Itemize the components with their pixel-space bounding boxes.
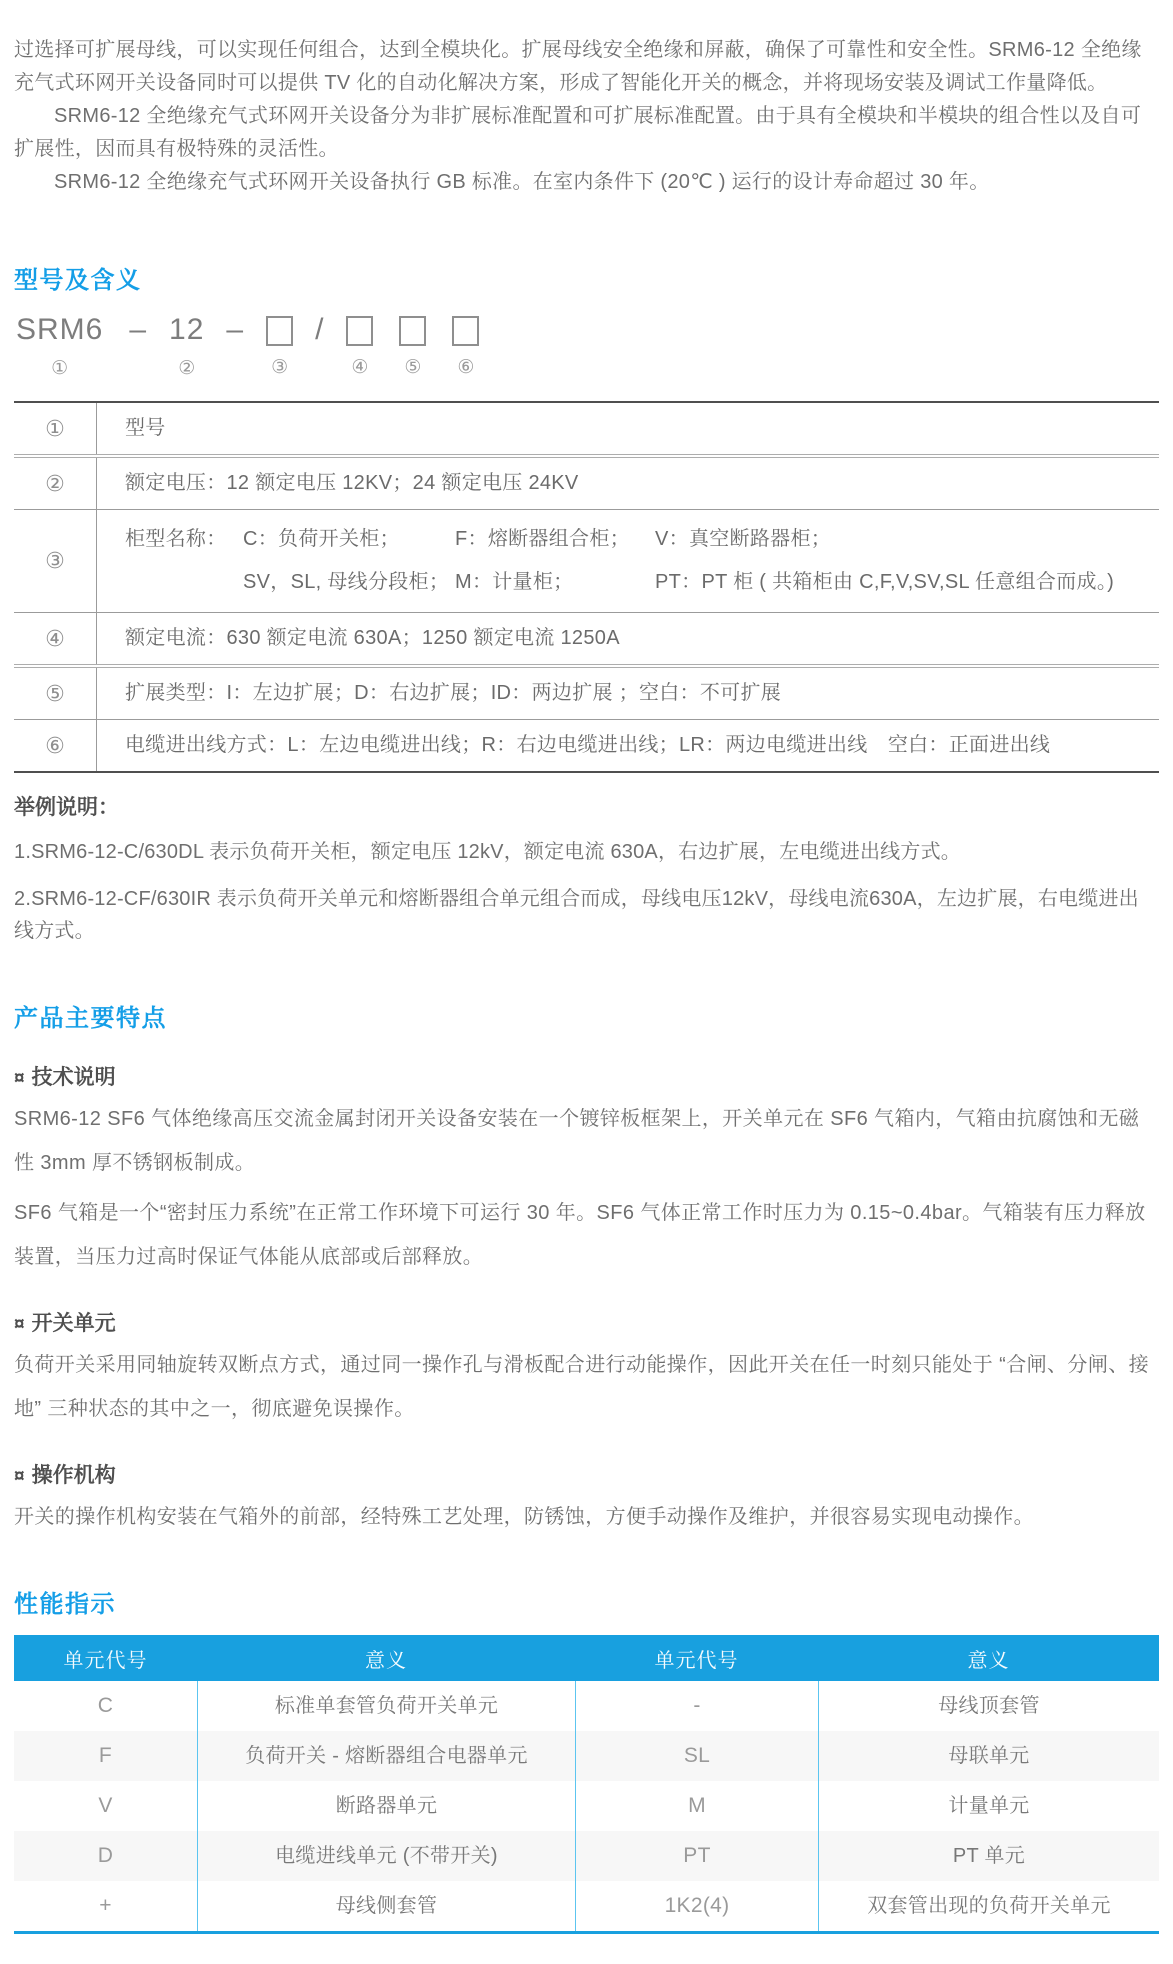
callout-number: ① xyxy=(51,357,68,381)
column-header: 意义 xyxy=(197,1644,575,1673)
cabinet-item: F：熔断器组合柜； xyxy=(455,526,655,553)
spec-row-text: 额定电压：12 额定电压 12KV；24 额定电压 24KV xyxy=(97,458,1159,509)
spec-row-6: ⑥ 电缆进出线方式：L：左边电缆进出线；R：右边电缆进出线；LR：两边电缆进出线… xyxy=(14,720,1159,771)
meaning-cell: 标准单套管负荷开关单元 xyxy=(197,1681,575,1731)
callout-number: ⑥ xyxy=(457,356,474,380)
model-text: / xyxy=(315,313,324,347)
table-row: V 断路器单元 M 计量单元 xyxy=(14,1781,1159,1831)
model-segment-box: ⑤ xyxy=(399,313,426,380)
unit-code-cell: C xyxy=(14,1681,197,1731)
spec-row-1: ① 型号 xyxy=(14,403,1159,458)
model-text: 12 xyxy=(169,313,204,347)
model-designation: SRM6 ① – 12 ② – ③ / ④ ⑤ xyxy=(16,313,1159,381)
model-section-title: 型号及含义 xyxy=(14,267,1159,295)
meaning-cell: 母联单元 xyxy=(818,1731,1159,1781)
example-item: 1.SRM6-12-C/630DL 表示负荷开关柜，额定电压 12kV，额定电流… xyxy=(14,836,1159,868)
feature-heading-tech: ¤ 技术说明 xyxy=(14,1061,1159,1091)
placeholder-box xyxy=(266,316,293,346)
spec-row-number: ⑤ xyxy=(14,668,97,719)
unit-code-cell: V xyxy=(14,1781,197,1831)
intro-paragraph: SRM6-12 全绝缘充气式环网开关设备分为非扩展标准配置和可扩展标准配置。由于… xyxy=(14,100,1159,166)
meaning-cell: PT 单元 xyxy=(818,1831,1159,1881)
model-segment-voltage: 12 ② xyxy=(169,313,204,381)
bullet-icon: ¤ xyxy=(14,1068,25,1090)
model-segment-slash: / xyxy=(315,313,324,381)
model-segment-prefix: SRM6 ① xyxy=(16,313,103,381)
meaning-cell: 双套管出现的负荷开关单元 xyxy=(818,1881,1159,1931)
bullet-icon: ¤ xyxy=(14,1314,25,1336)
placeholder-box xyxy=(346,316,373,346)
examples-section: 举例说明： 1.SRM6-12-C/630DL 表示负荷开关柜，额定电压 12k… xyxy=(14,795,1159,947)
feature-paragraph: 负荷开关采用同轴旋转双断点方式，通过同一操作孔与滑板配合进行动能操作，因此开关在… xyxy=(14,1343,1159,1431)
spec-row-5: ⑤ 扩展类型：I：左边扩展；D：右边扩展；ID：两边扩展 ；空白：不可扩展 xyxy=(14,668,1159,720)
unit-code-cell: F xyxy=(14,1731,197,1781)
meaning-cell: 计量单元 xyxy=(818,1781,1159,1831)
model-segment-box: ④ xyxy=(346,313,373,380)
unit-code-cell: - xyxy=(575,1681,818,1731)
feature-heading-label: 开关单元 xyxy=(32,1307,116,1337)
spec-row-text: 扩展类型：I：左边扩展；D：右边扩展；ID：两边扩展 ；空白：不可扩展 xyxy=(97,668,1159,719)
unit-code-cell: 1K2(4) xyxy=(575,1881,818,1931)
feature-paragraph: SRM6-12 SF6 气体绝缘高压交流金属封闭开关设备安装在一个镀锌板框架上，… xyxy=(14,1097,1159,1185)
feature-paragraph: 开关的操作机构安装在气箱外的前部，经特殊工艺处理，防锈蚀，方便手动操作及维护，并… xyxy=(14,1495,1159,1539)
table-row: D 电缆进线单元 (不带开关) PT PT 单元 xyxy=(14,1831,1159,1881)
meaning-cell: 断路器单元 xyxy=(197,1781,575,1831)
table-row: + 母线侧套管 1K2(4) 双套管出现的负荷开关单元 xyxy=(14,1881,1159,1931)
spec-row-text: 电缆进出线方式：L：左边电缆进出线；R：右边电缆进出线；LR：两边电缆进出线 空… xyxy=(97,720,1159,771)
table-header-row: 单元代号 意义 单元代号 意义 xyxy=(14,1635,1159,1681)
model-segment-dash: – xyxy=(129,313,147,381)
performance-section-title: 性能指示 xyxy=(14,1591,1159,1619)
spec-row-number: ③ xyxy=(14,510,97,612)
cabinet-item: V：真空断路器柜； xyxy=(655,526,1149,553)
callout-number: ④ xyxy=(351,356,368,380)
model-text: SRM6 xyxy=(16,313,103,347)
catalog-page: 过选择可扩展母线，可以实现任何组合，达到全模块化。扩展母线安全绝缘和屏蔽，确保了… xyxy=(0,0,1173,1964)
features-section: ¤ 技术说明 SRM6-12 SF6 气体绝缘高压交流金属封闭开关设备安装在一个… xyxy=(14,1061,1159,1539)
unit-code-cell: PT xyxy=(575,1831,818,1881)
model-text: – xyxy=(129,313,147,347)
column-header: 单元代号 xyxy=(14,1644,197,1673)
spec-row-number: ② xyxy=(14,458,97,509)
feature-heading-switch: ¤ 开关单元 xyxy=(14,1307,1159,1337)
cabinet-label: 柜型名称： xyxy=(125,526,243,553)
intro-paragraph: SRM6-12 全绝缘充气式环网开关设备执行 GB 标准。在室内条件下 (20℃… xyxy=(14,166,1159,199)
table-row: F 负荷开关 - 熔断器组合电器单元 SL 母联单元 xyxy=(14,1731,1159,1781)
placeholder-box xyxy=(399,316,426,346)
unit-code-table: 单元代号 意义 单元代号 意义 C 标准单套管负荷开关单元 - 母线顶套管 F … xyxy=(14,1635,1159,1934)
meaning-cell: 负荷开关 - 熔断器组合电器单元 xyxy=(197,1731,575,1781)
intro-section: 过选择可扩展母线，可以实现任何组合，达到全模块化。扩展母线安全绝缘和屏蔽，确保了… xyxy=(14,34,1159,199)
unit-code-cell: D xyxy=(14,1831,197,1881)
cabinet-item: PT：PT 柜 ( 共箱柜由 C,F,V,SV,SL 任意组合而成。) xyxy=(655,569,1149,596)
callout-number: ⑤ xyxy=(404,356,421,380)
spec-row-number: ⑥ xyxy=(14,720,97,771)
table-row: C 标准单套管负荷开关单元 - 母线顶套管 xyxy=(14,1681,1159,1731)
bullet-icon: ¤ xyxy=(14,1466,25,1488)
unit-code-cell: + xyxy=(14,1881,197,1931)
spec-row-text: 额定电流：630 额定电流 630A；1250 额定电流 1250A xyxy=(97,613,1159,664)
model-segment-box: ⑥ xyxy=(452,313,479,380)
cabinet-item: SV，SL, 母线分段柜； xyxy=(243,569,455,596)
model-spec-table: ① 型号 ② 额定电压：12 额定电压 12KV；24 额定电压 24KV ③ … xyxy=(14,401,1159,773)
column-header: 单元代号 xyxy=(575,1644,818,1673)
meaning-cell: 母线顶套管 xyxy=(818,1681,1159,1731)
cabinet-item: M：计量柜； xyxy=(455,569,655,596)
callout-number: ③ xyxy=(271,356,288,380)
meaning-cell: 电缆进线单元 (不带开关) xyxy=(197,1831,575,1881)
spec-row-3: ③ 柜型名称： C：负荷开关柜； F：熔断器组合柜； V：真空断路器柜； SV，… xyxy=(14,510,1159,613)
model-text: – xyxy=(226,313,244,347)
callout-number: ② xyxy=(178,357,195,381)
spec-row-2: ② 额定电压：12 额定电压 12KV；24 额定电压 24KV xyxy=(14,458,1159,510)
features-section-title: 产品主要特点 xyxy=(14,1005,1159,1033)
unit-code-cell: M xyxy=(575,1781,818,1831)
model-segment-box: ③ xyxy=(266,313,293,380)
column-header: 意义 xyxy=(818,1644,1159,1673)
meaning-cell: 母线侧套管 xyxy=(197,1881,575,1931)
spec-row-number: ④ xyxy=(14,613,97,664)
example-item: 2.SRM6-12-CF/630IR 表示负荷开关单元和熔断器组合单元组合而成，… xyxy=(14,883,1159,947)
model-segment-dash: – xyxy=(226,313,244,381)
intro-paragraph: 过选择可扩展母线，可以实现任何组合，达到全模块化。扩展母线安全绝缘和屏蔽，确保了… xyxy=(14,34,1159,100)
spec-row-text: 型号 xyxy=(97,403,1159,454)
cabinet-types: 柜型名称： C：负荷开关柜； F：熔断器组合柜； V：真空断路器柜； SV，SL… xyxy=(97,510,1159,612)
feature-heading-label: 技术说明 xyxy=(32,1061,116,1091)
feature-paragraph: SF6 气箱是一个“密封压力系统”在正常工作环境下可运行 30 年。SF6 气体… xyxy=(14,1191,1159,1279)
feature-heading-mechanism: ¤ 操作机构 xyxy=(14,1459,1159,1489)
spec-row-4: ④ 额定电流：630 额定电流 630A；1250 额定电流 1250A xyxy=(14,613,1159,668)
cabinet-grid: C：负荷开关柜； F：熔断器组合柜； V：真空断路器柜； SV，SL, 母线分段… xyxy=(243,526,1149,596)
placeholder-box xyxy=(452,316,479,346)
spec-row-number: ① xyxy=(14,403,97,454)
examples-label: 举例说明： xyxy=(14,795,1159,821)
unit-code-cell: SL xyxy=(575,1731,818,1781)
feature-heading-label: 操作机构 xyxy=(32,1459,116,1489)
cabinet-item: C：负荷开关柜； xyxy=(243,526,455,553)
